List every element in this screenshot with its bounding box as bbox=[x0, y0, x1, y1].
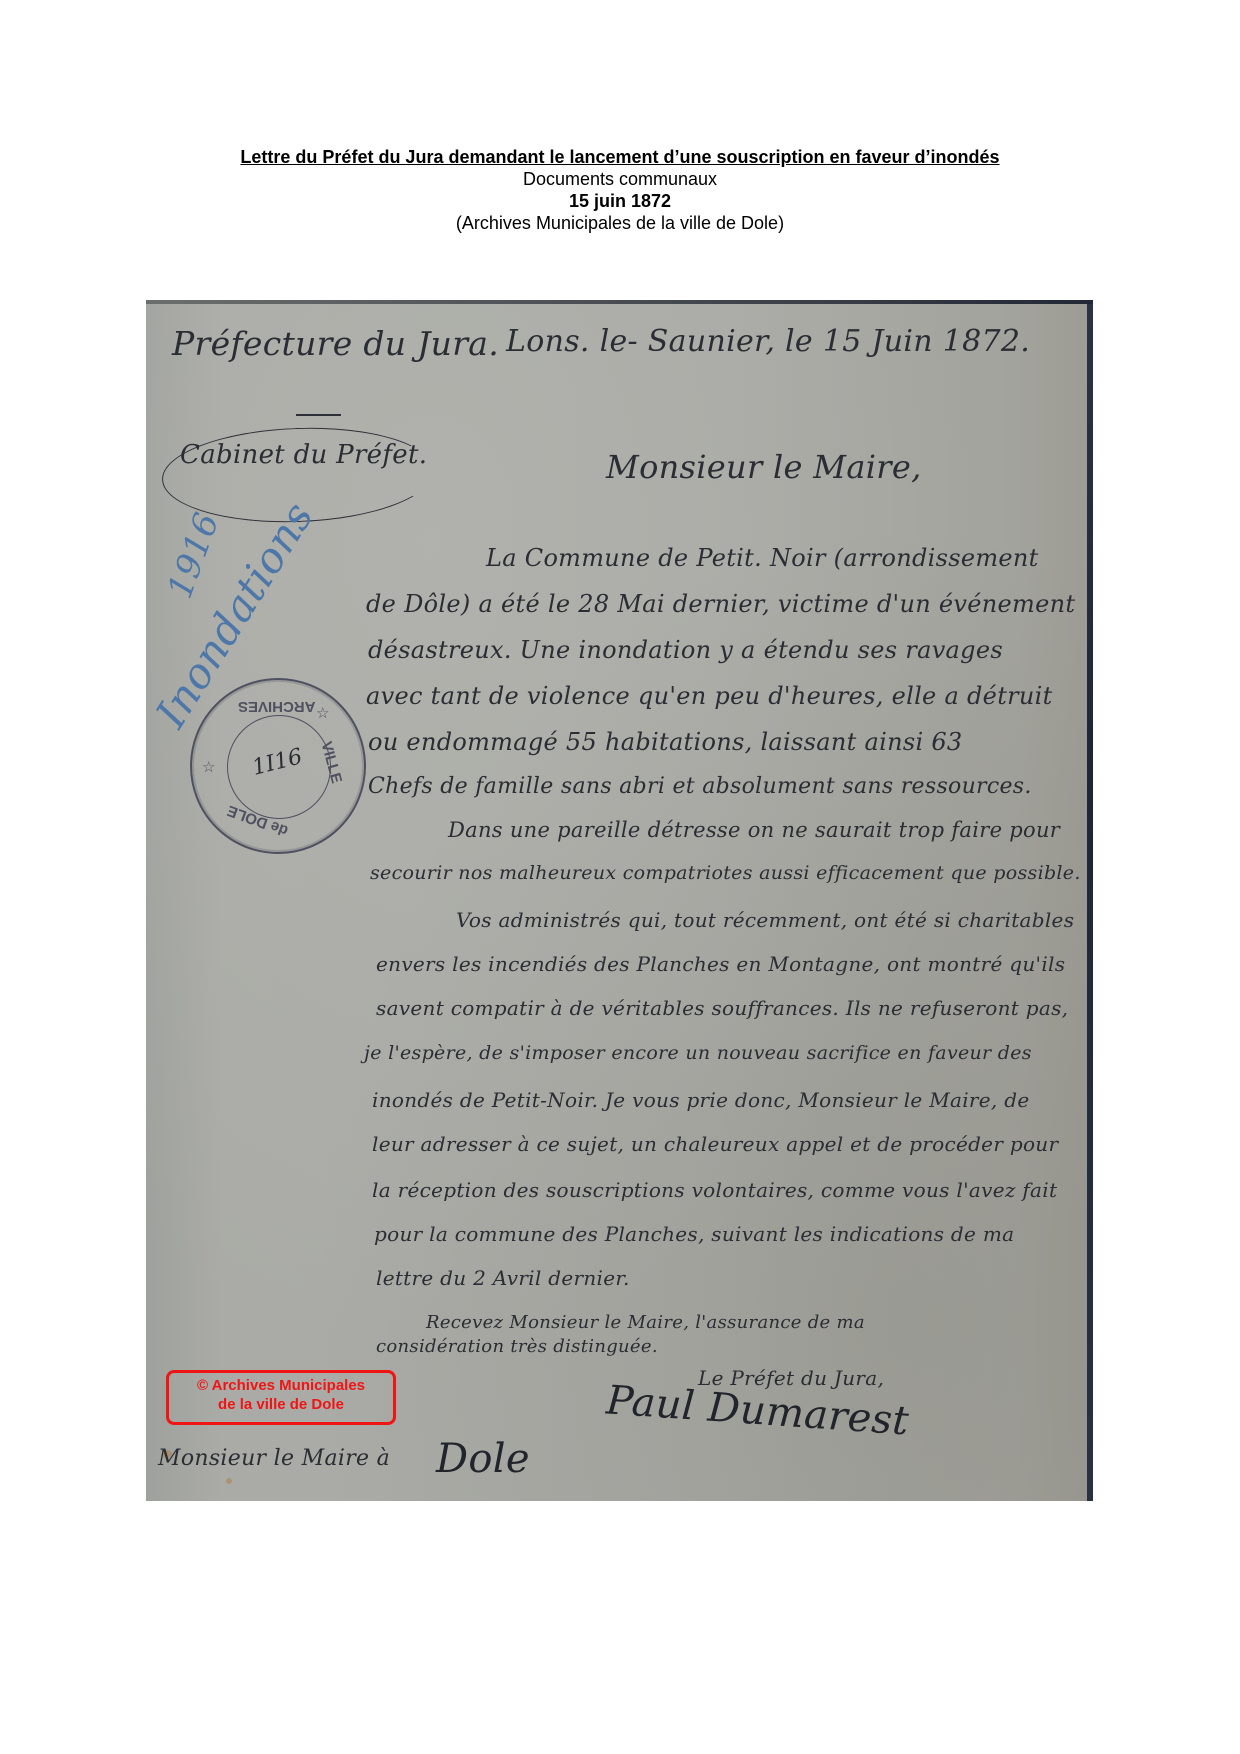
letter-line: avec tant de violence qu'en peu d'heures… bbox=[366, 682, 1053, 710]
closing-line-1: Recevez Monsieur le Maire, l'assurance d… bbox=[426, 1312, 865, 1333]
watermark-line-2: de la ville de Dole bbox=[169, 1395, 393, 1414]
letterhead: Préfecture du Jura. bbox=[172, 324, 499, 363]
letter-line: La Commune de Petit. Noir (arrondissemen… bbox=[486, 544, 1039, 572]
divider bbox=[296, 414, 341, 416]
closing-line-2: considération très distinguée. bbox=[376, 1336, 658, 1357]
letter-line: Dans une pareille détresse on ne saurait… bbox=[448, 818, 1060, 842]
letter-line: Chefs de famille sans abri et absolument… bbox=[368, 774, 1032, 799]
office-label: Cabinet du Préfet. bbox=[180, 440, 427, 470]
letter-line: envers les incendiés des Planches en Mon… bbox=[376, 952, 1065, 976]
letter-line: désastreux. Une inondation y a étendu se… bbox=[368, 636, 1003, 664]
letter-line: inondés de Petit-Noir. Je vous prie donc… bbox=[372, 1088, 1029, 1112]
document-date: 15 juin 1872 bbox=[0, 190, 1240, 212]
document-header: Lettre du Préfet du Jura demandant le la… bbox=[0, 146, 1240, 234]
annotation-number: 1916 bbox=[160, 508, 228, 604]
copyright-watermark: © Archives Municipales de la ville de Do… bbox=[166, 1370, 396, 1425]
document-source: (Archives Municipales de la ville de Dol… bbox=[0, 212, 1240, 234]
stain bbox=[226, 1478, 232, 1484]
stamp-top-text: ARCHIVES bbox=[238, 698, 316, 715]
star-icon: ☆ bbox=[316, 704, 329, 723]
letter-line: la réception des souscriptions volontair… bbox=[372, 1178, 1057, 1202]
addressee: Monsieur le Maire à bbox=[158, 1446, 390, 1471]
letter-photograph: Préfecture du Jura. Lons. le- Saunier, l… bbox=[146, 300, 1093, 1501]
letter-line: je l'espère, de s'imposer encore un nouv… bbox=[364, 1042, 1032, 1064]
letter-line: secourir nos malheureux compatriotes aus… bbox=[370, 862, 1081, 884]
addressee-city: Dole bbox=[436, 1436, 530, 1482]
letter-line: pour la commune des Planches, suivant le… bbox=[374, 1222, 1014, 1246]
letter-line: savent compatir à de véritables souffran… bbox=[376, 996, 1068, 1020]
star-icon: ☆ bbox=[202, 758, 215, 777]
letter-line: de Dôle) a été le 28 Mai dernier, victim… bbox=[366, 590, 1075, 618]
archives-stamp: ARCHIVES VILLE de DOLE ☆ ☆ 1I16 bbox=[190, 678, 366, 854]
letter-line: ou endommagé 55 habitations, laissant ai… bbox=[368, 728, 963, 756]
document-subtitle: Documents communaux bbox=[0, 168, 1240, 190]
watermark-line-1: © Archives Municipales bbox=[169, 1376, 393, 1395]
salutation: Monsieur le Maire, bbox=[606, 448, 922, 486]
place-date: Lons. le- Saunier, le 15 Juin 1872. bbox=[506, 324, 1030, 359]
letter-line: Vos administrés qui, tout récemment, ont… bbox=[456, 908, 1074, 932]
document-title: Lettre du Préfet du Jura demandant le la… bbox=[0, 146, 1240, 168]
letter-line: leur adresser à ce sujet, un chaleureux … bbox=[372, 1132, 1058, 1156]
letter-line: lettre du 2 Avril dernier. bbox=[376, 1266, 630, 1290]
